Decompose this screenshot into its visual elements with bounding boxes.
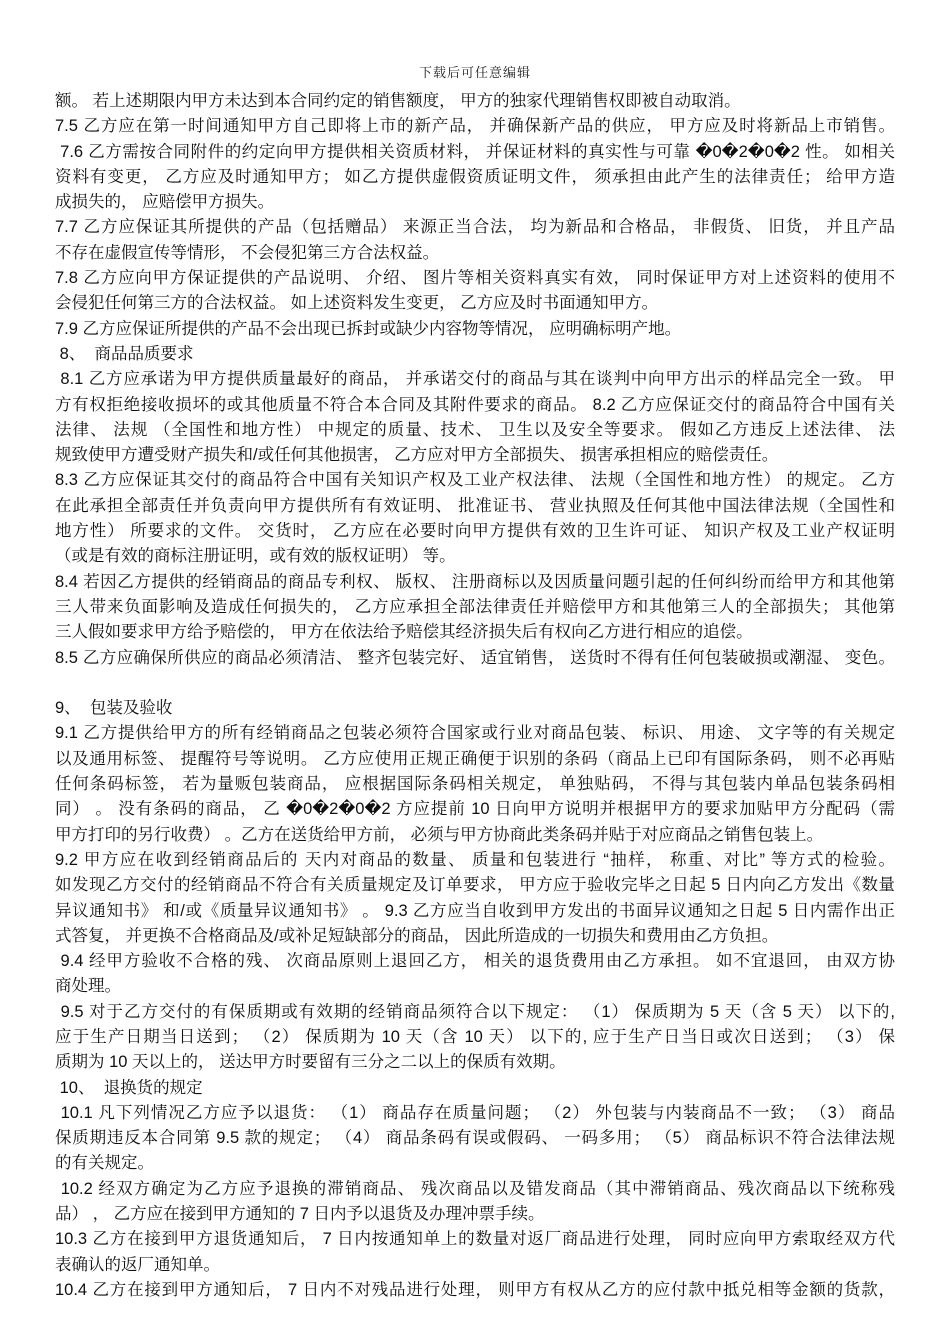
text-line: 在此承担全部责任并负责向甲方提供所有有效证明、 批准证书、 营业执照及任何其他中… <box>55 494 895 519</box>
text-line: 任何条码标签， 若为量贩包装商品， 应根据国际条码相关规定， 单独贴码， 不得与… <box>55 772 895 797</box>
text-line: 7.9 乙方应保证所提供的产品不会出现已拆封或缺少内容物等情况， 应明确标明产地… <box>55 317 895 342</box>
text-line: 异议通知书》 和/或《质量异议通知书》 。 9.3 乙方应当自收到甲方发出的书面… <box>55 899 895 924</box>
text-line: 9.1 乙方提供给甲方的所有经销商品之包装必须符合国家或行业对商品包装、 标识、… <box>55 721 895 746</box>
text-line: 以及通用标签、 提醒符号等说明。 乙方应使用正规正确便于识别的条码（商品上已印有… <box>55 747 895 772</box>
text-line: 地方性） 所要求的文件。 交货时， 乙方应在必要时向甲方提供有效的卫生许可证、 … <box>55 519 895 544</box>
text-line: 式答复， 并更换不合格商品及/或补足短缺部分的商品， 因此所造成的一切损失和费用… <box>55 924 895 949</box>
text-line: 10.4 乙方在接到甲方通知后， 7 日内不对残品进行处理， 则甲方有权从乙方的… <box>55 1278 895 1303</box>
document-body: 额。 若上述期限内甲方未达到本合同约定的销售额度， 甲方的独家代理销售权即被自动… <box>0 89 950 1303</box>
text-line: 7.5 乙方应在第一时间通知甲方自己即将上市的新产品， 并确保新产品的供应， 甲… <box>55 114 895 139</box>
text-line: 同） 。 没有条码的商品， 乙 �0�2�0�2 方应提前 10 日向甲方说明并… <box>55 797 895 822</box>
text-line: 质期为 10 天以上的， 送达甲方时要留有三分之二以上的保质有效期。 <box>55 1050 895 1075</box>
text-line: 10.1 凡下列情况乙方应予以退货： （1） 商品存在质量问题； （2） 外包装… <box>55 1101 895 1126</box>
text-line: 8.1 乙方应承诺为甲方提供质量最好的商品， 并承诺交付的商品与其在谈判中向甲方… <box>55 367 895 392</box>
text-line: （或是有效的商标注册证明，或有效的版权证明） 等。 <box>55 544 895 569</box>
text-line: 7.6 乙方需按合同附件的约定向甲方提供相关资质材料， 并保证材料的真实性与可靠… <box>55 140 895 165</box>
text-line: 甲方打印的另行收费） 。乙方在送货给甲方前， 必须与甲方协商此类条码并贴于对应商… <box>55 823 895 848</box>
text-line: 9.4 经甲方验收不合格的残、 次商品原则上退回乙方， 相关的退货费用由乙方承担… <box>55 949 895 974</box>
text-line: 三人带来负面影响及造成任何损失的， 乙方应承担全部法律责任并赔偿甲方和其他第三人… <box>55 595 895 620</box>
text-line: 规致使甲方遭受财产损失和/或任何其他损害， 乙方应对甲方全部损失、 损害承担相应… <box>55 443 895 468</box>
text-line: 方有权拒绝接收损坏的或其他质量不符合本合同及其附件要求的商品。 8.2 乙方应保… <box>55 393 895 418</box>
text-line: 10、 退换货的规定 <box>55 1076 895 1101</box>
text-line: 不存在虚假宣传等情形， 不会侵犯第三方合法权益。 <box>55 241 895 266</box>
text-line: 资料有变更， 乙方应及时通知甲方； 如乙方提供虚假资质证明文件， 须承担由此产生… <box>55 165 895 190</box>
text-line: 如发现乙方交付的经销商品不符合有关质量规定及订单要求， 甲方应于验收完毕之日起 … <box>55 873 895 898</box>
text-line: 9.5 对于乙方交付的有保质期或有效期的经销商品须符合以下规定： （1） 保质期… <box>55 1000 895 1025</box>
text-line: 9、 包装及验收 <box>55 696 895 721</box>
text-line: 品） ， 乙方应在接到甲方通知的 7 日内予以退货及办理冲票手续。 <box>55 1202 895 1227</box>
text-line: 7.7 乙方应保证其所提供的产品（包括赠品） 来源正当合法， 均为新品和合格品，… <box>55 215 895 240</box>
text-line: 会侵犯任何第三方的合法权益。 如上述资料发生变更， 乙方应及时书面通知甲方。 <box>55 291 895 316</box>
edit-watermark-text: 下载后可任意编辑 <box>0 0 950 81</box>
text-line: 9.2 甲方应在收到经销商品后的 天内对商品的数量、 质量和包装进行 “抽样， … <box>55 848 895 873</box>
text-line: 表确认的返厂通知单。 <box>55 1253 895 1278</box>
text-line: 的有关规定。 <box>55 1151 895 1176</box>
text-line: 三人假如要求甲方给予赔偿的， 甲方在依法给予赔偿其经济损失后有权向乙方进行相应的… <box>55 620 895 645</box>
text-line: 8.5 乙方应确保所供应的商品必须清洁、 整齐包装完好、 适宜销售， 送货时不得… <box>55 646 895 671</box>
text-line: 商处理。 <box>55 974 895 999</box>
text-line: 8.4 若因乙方提供的经销商品的商品专利权、 版权、 注册商标以及因质量问题引起… <box>55 570 895 595</box>
text-line: 8.3 乙方应保证其交付的商品符合中国有关知识产权及工业产权法律、 法规（全国性… <box>55 468 895 493</box>
blank-line <box>55 671 895 696</box>
text-line: 额。 若上述期限内甲方未达到本合同约定的销售额度， 甲方的独家代理销售权即被自动… <box>55 89 895 114</box>
text-line: 应于生产日期当日送到； （2） 保质期为 10 天（含 10 天） 以下的, 应… <box>55 1025 895 1050</box>
text-line: 7.8 乙方应向甲方保证提供的产品说明、 介绍、 图片等相关资料真实有效， 同时… <box>55 266 895 291</box>
text-line: 法律、 法规 （全国性和地方性） 中规定的质量、技术、 卫生以及安全等要求。 假… <box>55 418 895 443</box>
text-line: 保质期违反本合同第 9.5 款的规定； （4） 商品条码有误或假码、 一码多用；… <box>55 1126 895 1151</box>
text-line: 10.3 乙方在接到甲方退货通知后， 7 日内按通知单上的数量对返厂商品进行处理… <box>55 1227 895 1252</box>
document-page: 下载后可任意编辑 额。 若上述期限内甲方未达到本合同约定的销售额度， 甲方的独家… <box>0 0 950 1344</box>
text-line: 10.2 经双方确定为乙方应予退换的滞销商品、 残次商品以及错发商品（其中滞销商… <box>55 1177 895 1202</box>
text-line: 成损失的， 应赔偿甲方损失。 <box>55 190 895 215</box>
text-line: 8、 商品品质要求 <box>55 342 895 367</box>
